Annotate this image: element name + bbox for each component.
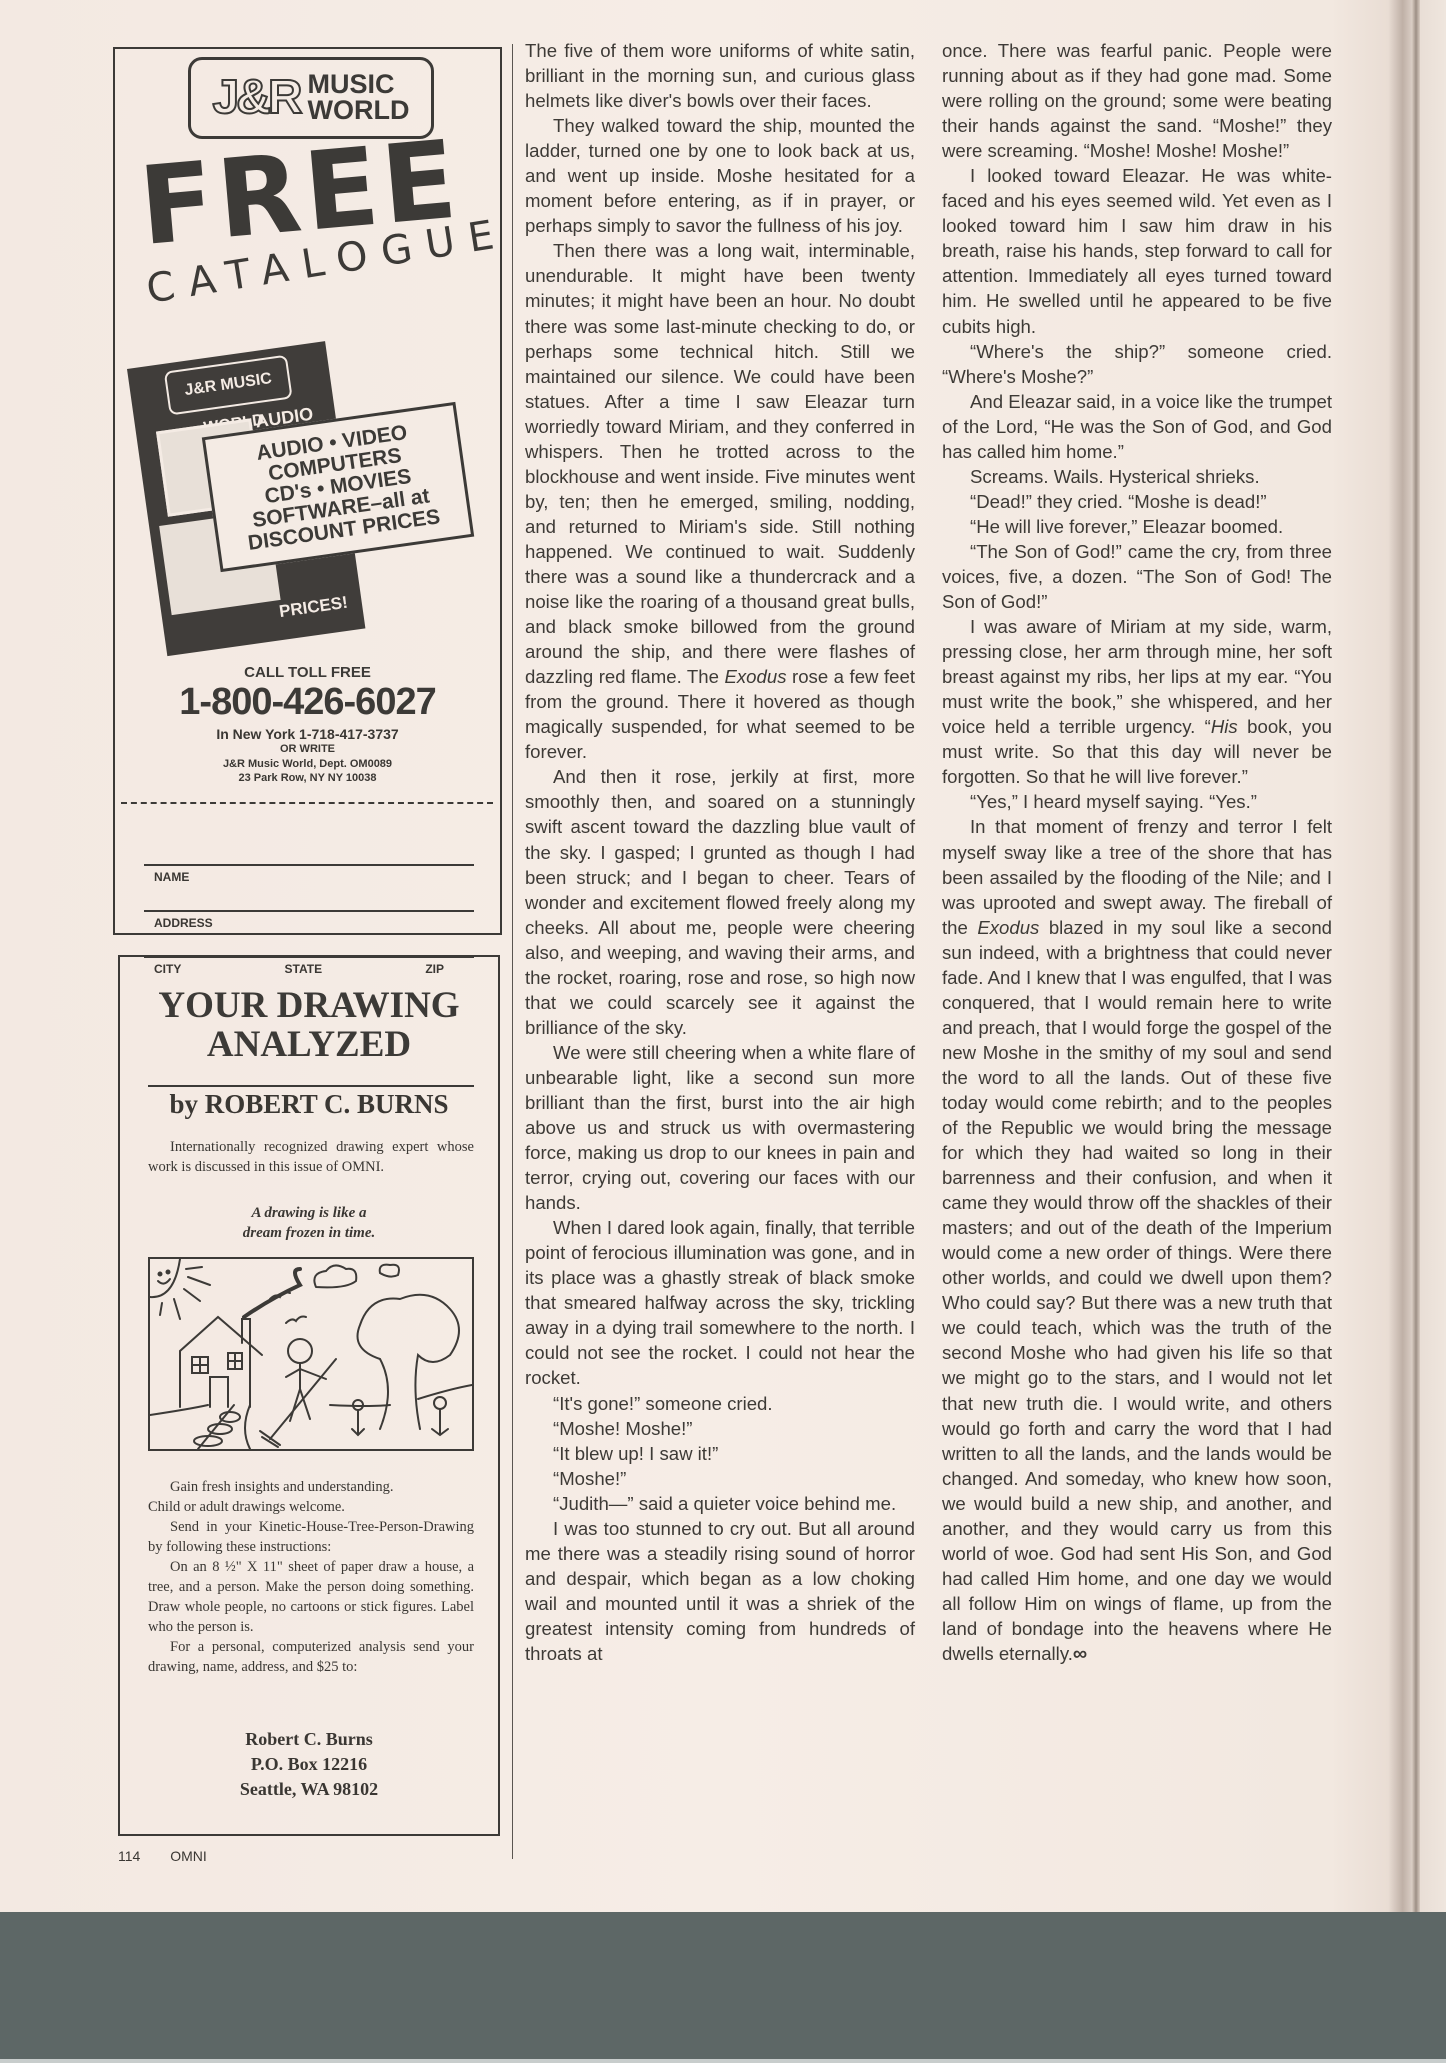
paragraph: I was too stunned to cry out. But all ar… (525, 1516, 915, 1666)
body-paragraph: Child or adult drawings welcome. (148, 1497, 474, 1517)
name-label: NAME (154, 870, 189, 884)
dialogue-line: “Moshe! Moshe!” (525, 1416, 915, 1441)
title-line-1: YOUR DRAWING (158, 985, 459, 1026)
magazine-page: J&R MUSIC WORLD FREE CATALOGUE J&R MUSIC… (0, 0, 1446, 1912)
paragraph-text: blazed in my soul like a second sun inde… (942, 917, 1332, 1664)
body-paragraph: Send in your Kinetic-House-Tree-Person-D… (148, 1517, 474, 1557)
cover-prices: PRICES! (278, 593, 349, 622)
emphasis: His (1211, 716, 1238, 737)
spine-shadow (1412, 0, 1420, 1912)
paragraph: They walked toward the ship, mounted the… (525, 113, 915, 238)
po-box: P.O. Box 12216 (251, 1754, 367, 1774)
address-label: ADDRESS (154, 916, 213, 930)
dialogue-line: “Dead!” they cried. “Moshe is dead!” (942, 489, 1332, 514)
byline: by ROBERT C. BURNS (120, 1089, 498, 1120)
flowers-icon (352, 1397, 448, 1435)
house-tree-person-drawing (148, 1257, 474, 1451)
dialogue-line: “Where's the ship?” someone cried. “Wher… (942, 339, 1332, 389)
page-folio: 114 OMNI (118, 1848, 233, 1864)
drawing-ad-title: YOUR DRAWING ANALYZED (120, 987, 498, 1065)
body-paragraph: Gain fresh insights and understanding. (148, 1477, 474, 1497)
mailing-address: Robert C. Burns P.O. Box 12216 Seattle, … (120, 1727, 498, 1802)
paragraph: And Eleazar said, in a voice like the tr… (942, 389, 1332, 464)
paragraph: I looked toward Eleazar. He was white-fa… (942, 163, 1332, 338)
jr-logo-text: MUSIC WORLD (308, 72, 410, 123)
dialogue-line: “Yes,” I heard myself saying. “Yes.” (942, 789, 1332, 814)
paragraph: Screams. Wails. Hysterical shrieks. (942, 464, 1332, 489)
jr-music-world-ad: J&R MUSIC WORLD FREE CATALOGUE J&R MUSIC… (113, 47, 502, 935)
jr-logo-mark: J&R (212, 74, 299, 122)
logo-line-world: WORLD (308, 95, 410, 125)
divider (148, 1085, 474, 1087)
table-edge (0, 2059, 1446, 2063)
dialogue-line: “Judith—” said a quieter voice behind me… (525, 1491, 915, 1516)
house-icon (180, 1269, 300, 1407)
paragraph: In that moment of frenzy and terror I fe… (942, 814, 1332, 1667)
title-line-2: ANALYZED (207, 1024, 411, 1065)
table-surface-background (0, 1912, 1446, 2063)
addressee-name: Robert C. Burns (245, 1729, 373, 1749)
call-toll-free-label: CALL TOLL FREE (115, 664, 500, 681)
mail-address-line1: J&R Music World, Dept. OM0089 (115, 758, 500, 770)
or-write-label: OR WRITE (115, 743, 500, 755)
dialogue-line: “Moshe!” (525, 1466, 915, 1491)
omni-end-mark-icon: ∞ (1073, 1643, 1084, 1665)
paragraph: Then there was a long wait, interminable… (525, 238, 915, 764)
toll-free-phone: 1-800-426-6027 (115, 681, 500, 724)
sun-icon (150, 1259, 210, 1319)
drawing-ad-body: Gain fresh insights and understanding. C… (148, 1477, 474, 1677)
cover-logo: J&R MUSIC WORLD (164, 355, 293, 416)
paragraph: I was aware of Miriam at my side, warm, … (942, 614, 1332, 789)
quote-line-1: A drawing is like a (251, 1205, 366, 1221)
person-icon (260, 1339, 336, 1447)
article-column-1: The five of them wore uniforms of white … (525, 38, 915, 1666)
publication-name: OMNI (170, 1848, 207, 1864)
mail-address-line2: 23 Park Row, NY NY 10038 (115, 772, 500, 784)
paragraph: “The Son of God!” came the cry, from thr… (942, 539, 1332, 614)
paragraph: We were still cheering when a white flar… (525, 1040, 915, 1215)
dialogue-line: “He will live forever,” Eleazar boomed. (942, 514, 1332, 539)
paragraph: once. There was fearful panic. People we… (942, 38, 1332, 163)
tagline-quote: A drawing is like a dream frozen in time… (120, 1203, 498, 1243)
dialogue-line: “It's gone!” someone cried. (525, 1391, 915, 1416)
body-paragraph: On an 8 ½" X 11" sheet of paper draw a h… (148, 1557, 474, 1637)
paragraph-text: Then there was a long wait, interminable… (525, 240, 915, 687)
path-stones (150, 1405, 250, 1449)
dialogue-line: “It blew up! I saw it!” (525, 1441, 915, 1466)
paragraph: The five of them wore uniforms of white … (525, 38, 915, 113)
drawing-analysis-ad: YOUR DRAWING ANALYZED by ROBERT C. BURNS… (118, 955, 500, 1836)
quote-line-2: dream frozen in time. (243, 1225, 376, 1241)
coupon-name-field[interactable]: NAME (144, 864, 474, 884)
city-zip: Seattle, WA 98102 (240, 1779, 378, 1799)
paragraph: When I dared look again, finally, that t… (525, 1215, 915, 1390)
cut-line (121, 802, 493, 804)
coupon-address-field[interactable]: ADDRESS (144, 910, 474, 930)
intro-text: Internationally recognized drawing exper… (148, 1137, 474, 1177)
clouds-icon (314, 1265, 399, 1288)
column-rule (512, 44, 513, 1859)
ny-phone: In New York 1-718-417-3737 (115, 726, 500, 742)
ship-name: Exodus (724, 666, 786, 687)
article-column-2: once. There was fearful panic. People we… (942, 38, 1332, 1667)
body-paragraph: For a personal, computerized analysis se… (148, 1637, 474, 1677)
paragraph: And then it rose, jerkily at first, more… (525, 764, 915, 1040)
page-number: 114 (118, 1848, 140, 1864)
tree-icon (330, 1295, 472, 1429)
ship-name: Exodus (977, 917, 1039, 938)
